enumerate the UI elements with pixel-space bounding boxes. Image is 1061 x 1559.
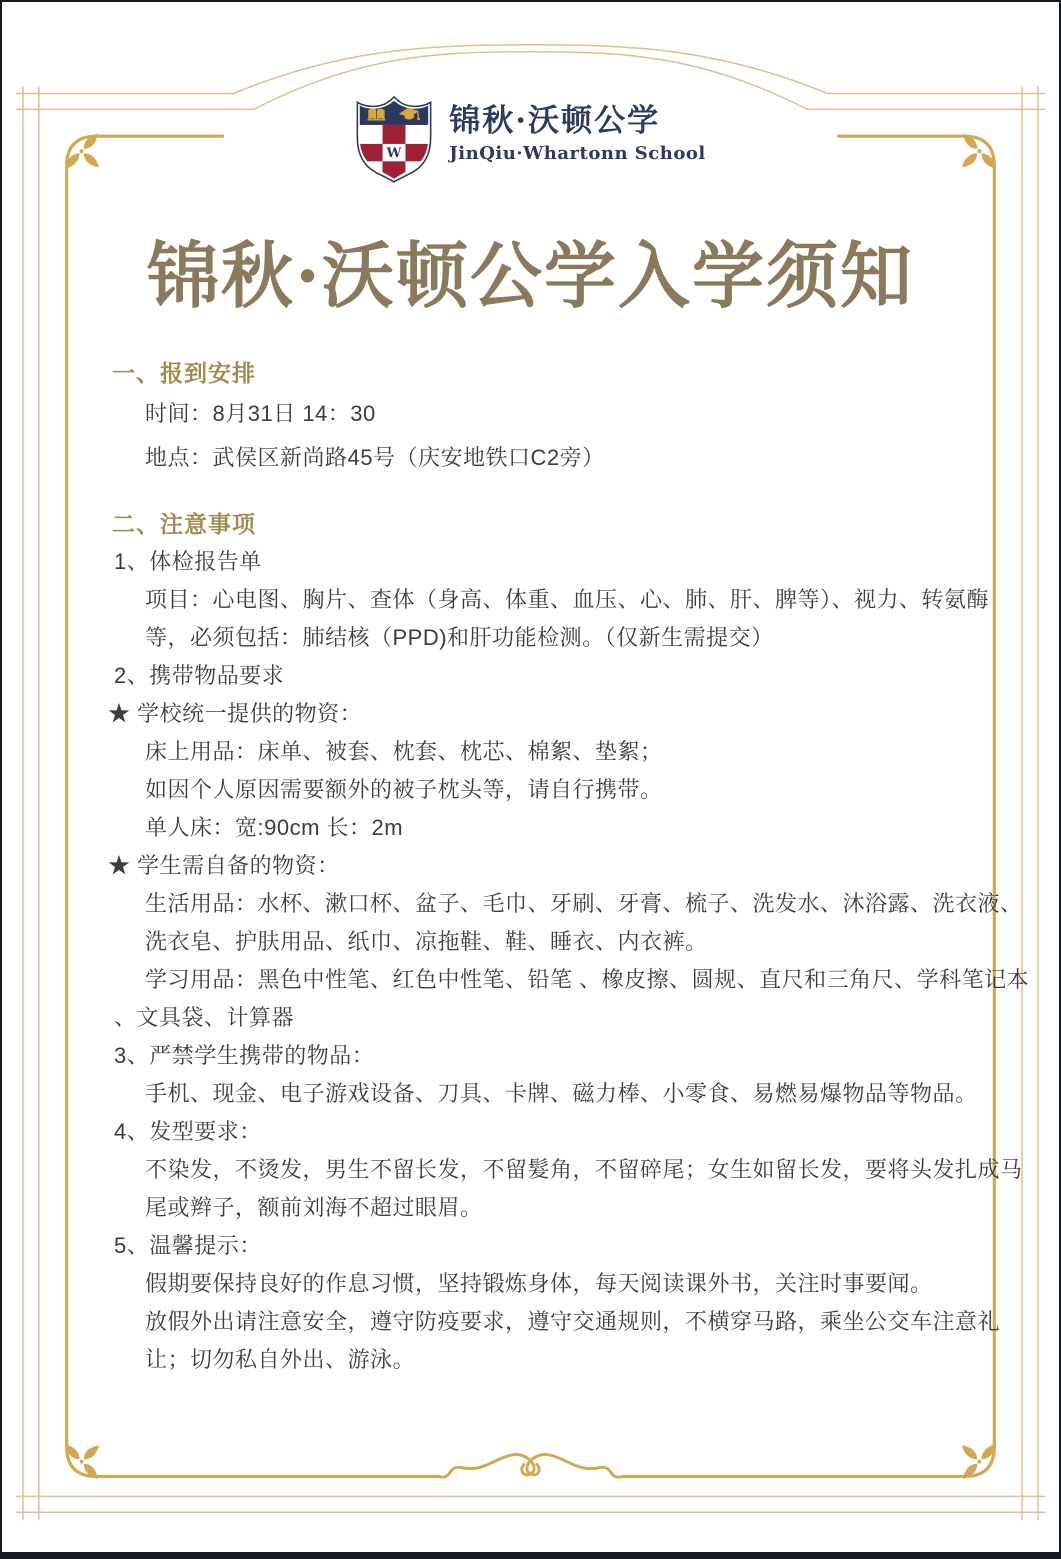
text-line: 生活用品：水杯、漱口杯、盆子、毛巾、牙刷、牙膏、梳子、洗发水、沐浴露、洗衣液、 (108, 885, 989, 923)
text-line: 5、温馨提示： (108, 1227, 989, 1265)
text-line: 地点：武侯区新尚路45号（庆安地铁口C2旁） (108, 436, 989, 480)
school-name-zh: 锦秋·沃顿公学 (449, 104, 705, 140)
text-line: 时间：8月31日 14：30 (108, 392, 989, 436)
text-line: ★ 学校统一提供的物资： (108, 695, 989, 733)
text-line: 4、发型要求： (108, 1113, 989, 1151)
school-logo: W 锦秋·沃顿公学 JinQiu·Whartonn School (2, 95, 1059, 183)
enrollment-notice-poster: W 锦秋·沃顿公学 JinQiu·Whartonn School 锦秋·沃顿公学… (0, 0, 1061, 1559)
text-line: 放假外出请注意安全，遵守防疫要求，遵守交通规则，不横穿马路，乘坐公交车注意礼 (108, 1303, 989, 1341)
text-line: 等，必须包括：肺结核（PPD)和肝功能检测。（仅新生需提交） (108, 619, 989, 657)
text-line: 学习用品：黑色中性笔、红色中性笔、铅笔 、橡皮擦、圆规、直尺和三角尺、学科笔记本 (108, 961, 989, 999)
section-lines: 时间：8月31日 14：30 地点：武侯区新尚路45号（庆安地铁口C2旁） (108, 392, 989, 480)
text-line: 1、体检报告单 (108, 543, 989, 581)
text-line: 床上用品：床单、被套、枕套、枕芯、棉絮、垫絮； (108, 733, 989, 771)
text-line: 单人床：宽:90cm 长：2m (108, 809, 989, 847)
school-name-en: JinQiu·Whartonn School (449, 143, 705, 165)
shield-letter: W (386, 146, 403, 161)
section-report-arrangement: 一、报到安排 时间：8月31日 14：30 地点：武侯区新尚路45号（庆安地铁口… (108, 354, 989, 480)
bottom-flourish-ornament (439, 1454, 623, 1477)
section-heading: 一、报到安排 (108, 354, 989, 392)
school-name-block: 锦秋·沃顿公学 JinQiu·Whartonn School (449, 95, 705, 164)
text-line: 项目：心电图、胸片、查体（身高、体重、血压、心、肺、肝、脾等）、视力、转氨酶 (108, 581, 989, 619)
page-title: 锦秋·沃顿公学入学须知 (2, 218, 1059, 322)
text-line: 让；切勿私自外出、游泳。 (108, 1341, 989, 1379)
section-notes: 二、注意事项 1、体检报告单 项目：心电图、胸片、查体（身高、体重、血压、心、肺… (108, 505, 989, 1379)
text-line: 2、携带物品要求 (108, 657, 989, 695)
section-heading: 二、注意事项 (108, 505, 989, 543)
text-line: 洗衣皂、护肤用品、纸巾、凉拖鞋、鞋、睡衣、内衣裤。 (108, 923, 989, 961)
school-crest-shield: W (355, 95, 433, 183)
text-line: ★ 学生需自备的物资： (108, 847, 989, 885)
text-line: 手机、现金、电子游戏设备、刀具、卡牌、磁力棒、小零食、易燃易爆物品等物品。 (108, 1075, 989, 1113)
text-line: 不染发，不烫发，男生不留长发，不留髮角，不留碎尾；女生如留长发，要将头发扎成马 (108, 1151, 989, 1189)
text-line: 如因个人原因需要额外的被子枕头等，请自行携带。 (108, 771, 989, 809)
section-lines: 1、体检报告单 项目：心电图、胸片、查体（身高、体重、血压、心、肺、肝、脾等）、… (108, 543, 989, 1379)
text-line: 假期要保持良好的作息习惯，坚持锻炼身体，每天阅读课外书，关注时事要闻。 (108, 1265, 989, 1303)
text-line: 3、严禁学生携带的物品： (108, 1037, 989, 1075)
text-line: 尾或辫子，额前刘海不超过眼眉。 (108, 1189, 989, 1227)
text-line: 、文具袋、计算器 (108, 999, 989, 1037)
